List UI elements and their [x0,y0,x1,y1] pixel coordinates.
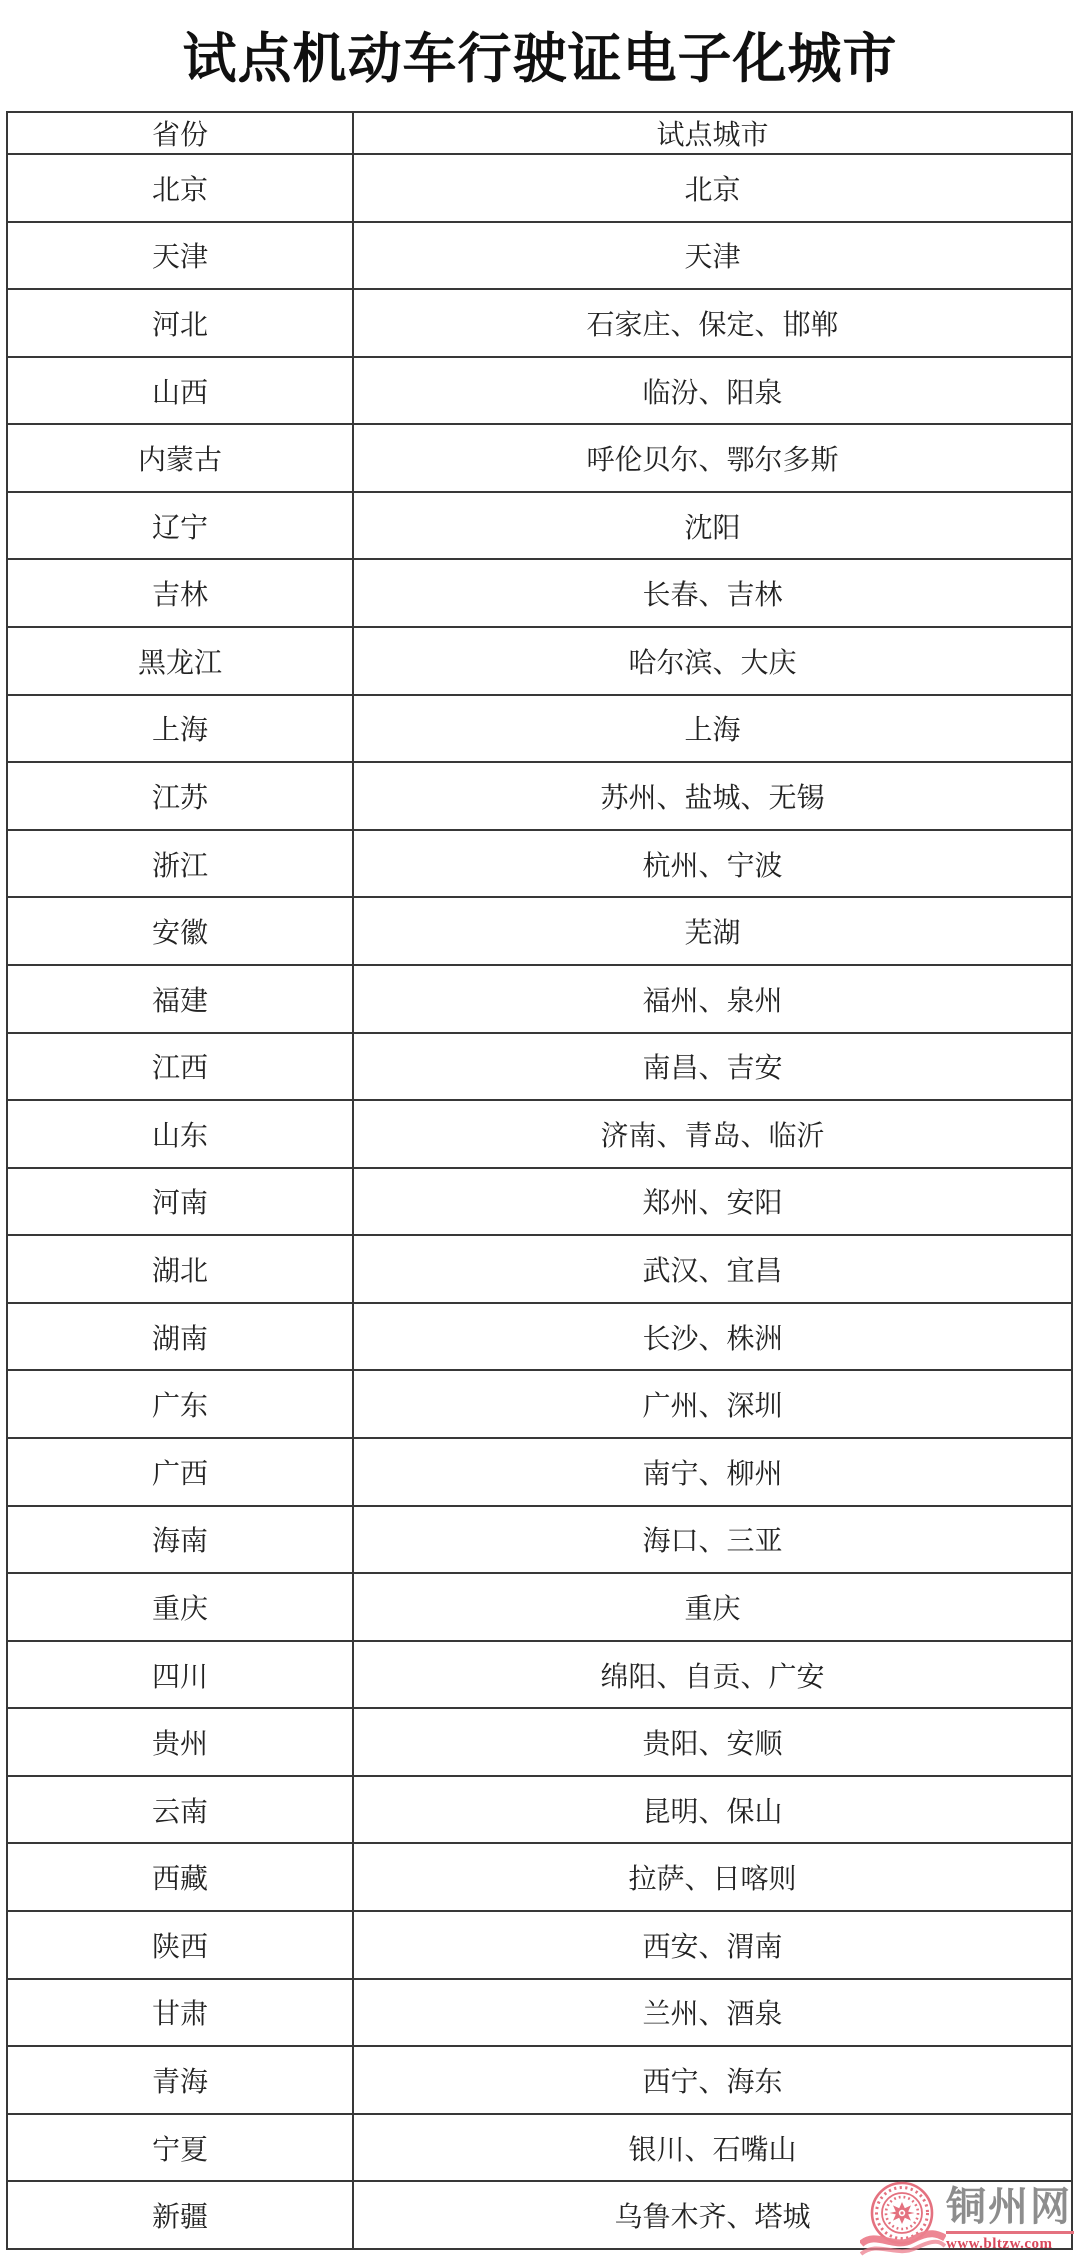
cities-cell: 重庆 [353,1573,1072,1641]
table-row: 河北 石家庄、保定、邯郸 [7,289,1072,357]
table-row: 天津 天津 [7,222,1072,290]
province-cell: 甘肃 [7,1979,353,2047]
province-cell: 广东 [7,1370,353,1438]
province-cell: 山东 [7,1100,353,1168]
cities-cell: 长春、吉林 [353,559,1072,627]
cities-cell: 天津 [353,222,1072,290]
province-cell: 天津 [7,222,353,290]
province-cell: 湖北 [7,1235,353,1303]
table-row: 北京 北京 [7,154,1072,222]
cities-cell: 广州、深圳 [353,1370,1072,1438]
cities-cell: 绵阳、自贡、广安 [353,1641,1072,1709]
cities-cell: 杭州、宁波 [353,830,1072,898]
province-cell: 河南 [7,1168,353,1236]
table-row: 湖南 长沙、株洲 [7,1303,1072,1371]
table-row: 重庆 重庆 [7,1573,1072,1641]
cities-cell: 长沙、株洲 [353,1303,1072,1371]
page-title: 试点机动车行驶证电子化城市 [0,16,1080,93]
cities-cell: 郑州、安阳 [353,1168,1072,1236]
cities-cell: 贵阳、安顺 [353,1708,1072,1776]
watermark-url: www.bltzw.com [946,2231,1074,2253]
table-row: 黑龙江 哈尔滨、大庆 [7,627,1072,695]
watermark: 铜州网 www.bltzw.com [860,2172,1080,2261]
province-cell: 贵州 [7,1708,353,1776]
province-cell: 黑龙江 [7,627,353,695]
table-row: 浙江 杭州、宁波 [7,830,1072,898]
cities-cell: 呼伦贝尔、鄂尔多斯 [353,424,1072,492]
province-cell: 陕西 [7,1911,353,1979]
cities-cell: 芜湖 [353,897,1072,965]
cities-cell: 北京 [353,154,1072,222]
table-row: 内蒙古 呼伦贝尔、鄂尔多斯 [7,424,1072,492]
table-row: 吉林 长春、吉林 [7,559,1072,627]
watermark-site-name: 铜州网 [946,2186,1074,2228]
cities-cell: 哈尔滨、大庆 [353,627,1072,695]
table-row: 安徽 芜湖 [7,897,1072,965]
province-cell: 江苏 [7,762,353,830]
table-row: 西藏 拉萨、日喀则 [7,1843,1072,1911]
cities-cell: 石家庄、保定、邯郸 [353,289,1072,357]
table-row: 山东 济南、青岛、临沂 [7,1100,1072,1168]
province-cell: 四川 [7,1641,353,1709]
cities-cell: 福州、泉州 [353,965,1072,1033]
table-row: 贵州 贵阳、安顺 [7,1708,1072,1776]
table-row: 湖北 武汉、宜昌 [7,1235,1072,1303]
province-cell: 云南 [7,1776,353,1844]
province-cell: 河北 [7,289,353,357]
cities-cell: 上海 [353,695,1072,763]
table-row: 福建 福州、泉州 [7,965,1072,1033]
table-row: 广东 广州、深圳 [7,1370,1072,1438]
province-cell: 安徽 [7,897,353,965]
cities-cell: 昆明、保山 [353,1776,1072,1844]
cities-cell: 南宁、柳州 [353,1438,1072,1506]
province-cell: 宁夏 [7,2114,353,2182]
province-cell: 江西 [7,1033,353,1101]
province-cell: 福建 [7,965,353,1033]
cities-cell: 拉萨、日喀则 [353,1843,1072,1911]
table-row: 海南 海口、三亚 [7,1506,1072,1574]
province-cell: 上海 [7,695,353,763]
table-row: 山西 临汾、阳泉 [7,357,1072,425]
page: 试点机动车行驶证电子化城市 省份 试点城市 北京 北京 天津 天津 河北 石家庄… [0,0,1080,2261]
province-cell: 广西 [7,1438,353,1506]
cities-cell: 西宁、海东 [353,2046,1072,2114]
seal-ribbon [861,2234,945,2254]
cities-cell: 海口、三亚 [353,1506,1072,1574]
cities-cell: 兰州、酒泉 [353,1979,1072,2047]
table-row: 江苏 苏州、盐城、无锡 [7,762,1072,830]
table-row: 江西 南昌、吉安 [7,1033,1072,1101]
province-cell: 辽宁 [7,492,353,560]
table-row: 陕西 西安、渭南 [7,1911,1072,1979]
table-row: 河南 郑州、安阳 [7,1168,1072,1236]
table-row: 甘肃 兰州、酒泉 [7,1979,1072,2047]
watermark-text-block: 铜州网 www.bltzw.com [946,2186,1074,2253]
province-cell: 吉林 [7,559,353,627]
circular-seal-icon [860,2178,946,2261]
header-cities: 试点城市 [353,112,1072,154]
province-cell: 新疆 [7,2181,353,2249]
province-cell: 重庆 [7,1573,353,1641]
table-row: 上海 上海 [7,695,1072,763]
cities-cell: 南昌、吉安 [353,1033,1072,1101]
table-row: 辽宁 沈阳 [7,492,1072,560]
cities-cell: 临汾、阳泉 [353,357,1072,425]
cities-cell: 沈阳 [353,492,1072,560]
province-cell: 北京 [7,154,353,222]
pilot-cities-table: 省份 试点城市 北京 北京 天津 天津 河北 石家庄、保定、邯郸 山西 临汾、阳… [6,111,1073,2250]
province-cell: 西藏 [7,1843,353,1911]
province-cell: 浙江 [7,830,353,898]
province-cell: 青海 [7,2046,353,2114]
table-row: 四川 绵阳、自贡、广安 [7,1641,1072,1709]
table-header-row: 省份 试点城市 [7,112,1072,154]
cities-cell: 苏州、盐城、无锡 [353,762,1072,830]
province-cell: 山西 [7,357,353,425]
table-body: 北京 北京 天津 天津 河北 石家庄、保定、邯郸 山西 临汾、阳泉 内蒙古 呼伦… [7,154,1072,2249]
cities-cell: 武汉、宜昌 [353,1235,1072,1303]
cities-cell: 西安、渭南 [353,1911,1072,1979]
province-cell: 湖南 [7,1303,353,1371]
province-cell: 海南 [7,1506,353,1574]
table-row: 云南 昆明、保山 [7,1776,1072,1844]
table-row: 青海 西宁、海东 [7,2046,1072,2114]
table-row: 广西 南宁、柳州 [7,1438,1072,1506]
province-cell: 内蒙古 [7,424,353,492]
header-province: 省份 [7,112,353,154]
cities-cell: 济南、青岛、临沂 [353,1100,1072,1168]
